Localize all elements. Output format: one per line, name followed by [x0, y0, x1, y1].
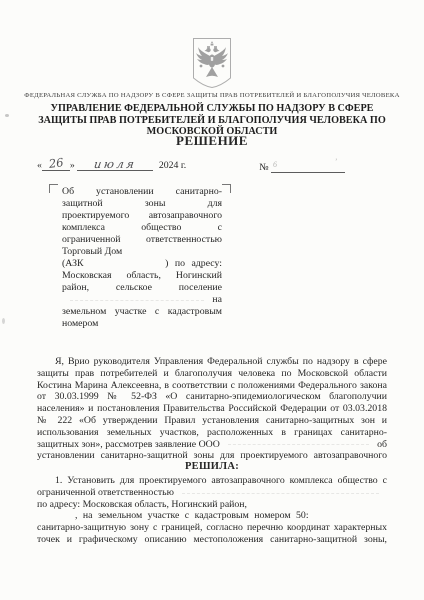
document-type-title: РЕШЕНИЕ [0, 133, 424, 149]
subject-block: Об установлении санитарно- защитной зоны… [62, 186, 222, 330]
body-redacted-line: защитных зон», рассмотрев заявление ООО … [37, 439, 387, 451]
subject-line: район, сельское поселение [62, 282, 222, 294]
corner-bracket-right [222, 184, 231, 193]
year-text: 2024 г. [159, 160, 186, 171]
subject-line: Об установлении санитарно- [62, 186, 222, 198]
body-line: защитных зон», рассмотрев заявление ООО [37, 439, 220, 451]
resolution-item-1: 1. Установить для проектируемого автозап… [37, 475, 387, 546]
subject-line: проектируемого автозаправочного [62, 210, 222, 222]
body-line: об [377, 439, 387, 451]
number-line: 6ʼ [271, 159, 345, 173]
resolution-heading: РЕШИЛА: [0, 461, 424, 472]
body-line: № 222 «Об утверждении Правил установлени… [37, 415, 387, 427]
subject-azk-line: (АЗК ) по адресу: [62, 258, 222, 270]
subject-line: номером [62, 318, 222, 330]
body-line: защиты прав потребителей и благополучия … [37, 368, 387, 380]
body-line: населения» и постановления Правительства… [37, 403, 387, 415]
body-line: использования земельных участков, распол… [37, 427, 387, 439]
faint-pen-mark: 6 [273, 160, 277, 169]
main-paragraph: Я, Врио руководителя Управления Федераль… [37, 356, 387, 462]
corner-bracket-left [49, 184, 58, 193]
body-line: Костина Марина Алексеевна, в соответстви… [37, 380, 387, 392]
subject-line: Торговый Дом [62, 246, 222, 258]
redaction-artifact [182, 492, 379, 494]
subject-line: земельном участке с кадастровым [62, 306, 222, 318]
item1-line: санитарно-защитную зону с границей, согл… [37, 522, 387, 534]
subject-redacted-line: на [62, 294, 222, 306]
handwritten-day: 26 [48, 155, 64, 171]
scanned-document-page: ФЕДЕРАЛЬНАЯ СЛУЖБА ПО НАДЗОРУ В СФЕРЕ ЗА… [0, 0, 424, 600]
scan-speck [5, 114, 9, 117]
subject-line: Московская область, Ногинский [62, 270, 222, 282]
body-line: от 30.03.1999 № 52-ФЗ «О санитарно-эпиде… [37, 391, 387, 403]
azk-close: ) по адресу: [165, 258, 222, 270]
azk-open: (АЗК [62, 258, 84, 270]
close-quote: » [70, 160, 75, 171]
russia-coat-of-arms-icon [192, 37, 232, 89]
item1-line: , на земельном участке с кадастровым ном… [75, 510, 387, 522]
subject-line: ограниченной ответственностью [62, 234, 222, 246]
day-field: 26 [42, 157, 70, 171]
document-number-field: № 6ʼ [259, 159, 345, 173]
body-line: Я, Врио руководителя Управления Федераль… [37, 356, 387, 368]
item1-line: 1. Установить для проектируемого автозап… [37, 475, 387, 487]
date-and-number-line: «26»июля2024 г. № 6ʼ [37, 157, 387, 177]
subject-line: на [212, 294, 222, 306]
month-field: июля [77, 157, 153, 171]
subject-line: комплекса общество с [62, 222, 222, 234]
item1-line: по адресу: Московская область, Ногинский… [37, 499, 387, 511]
item1-line: точек и графическому описанию местополож… [37, 534, 387, 546]
faint-pen-mark: ʼ [334, 157, 337, 166]
subject-line: защитной зоны для [62, 198, 222, 210]
handwritten-month: июля [93, 157, 137, 171]
scan-speck [2, 318, 5, 324]
federal-service-name: ФЕДЕРАЛЬНАЯ СЛУЖБА ПО НАДЗОРУ В СФЕРЕ ЗА… [22, 92, 402, 99]
redaction-artifact [228, 443, 369, 445]
number-label: № [259, 162, 268, 173]
item1-redacted-line: ограниченной ответственностью [37, 487, 387, 499]
redaction-artifact [70, 299, 204, 301]
item1-line: ограниченной ответственностью [37, 487, 174, 499]
